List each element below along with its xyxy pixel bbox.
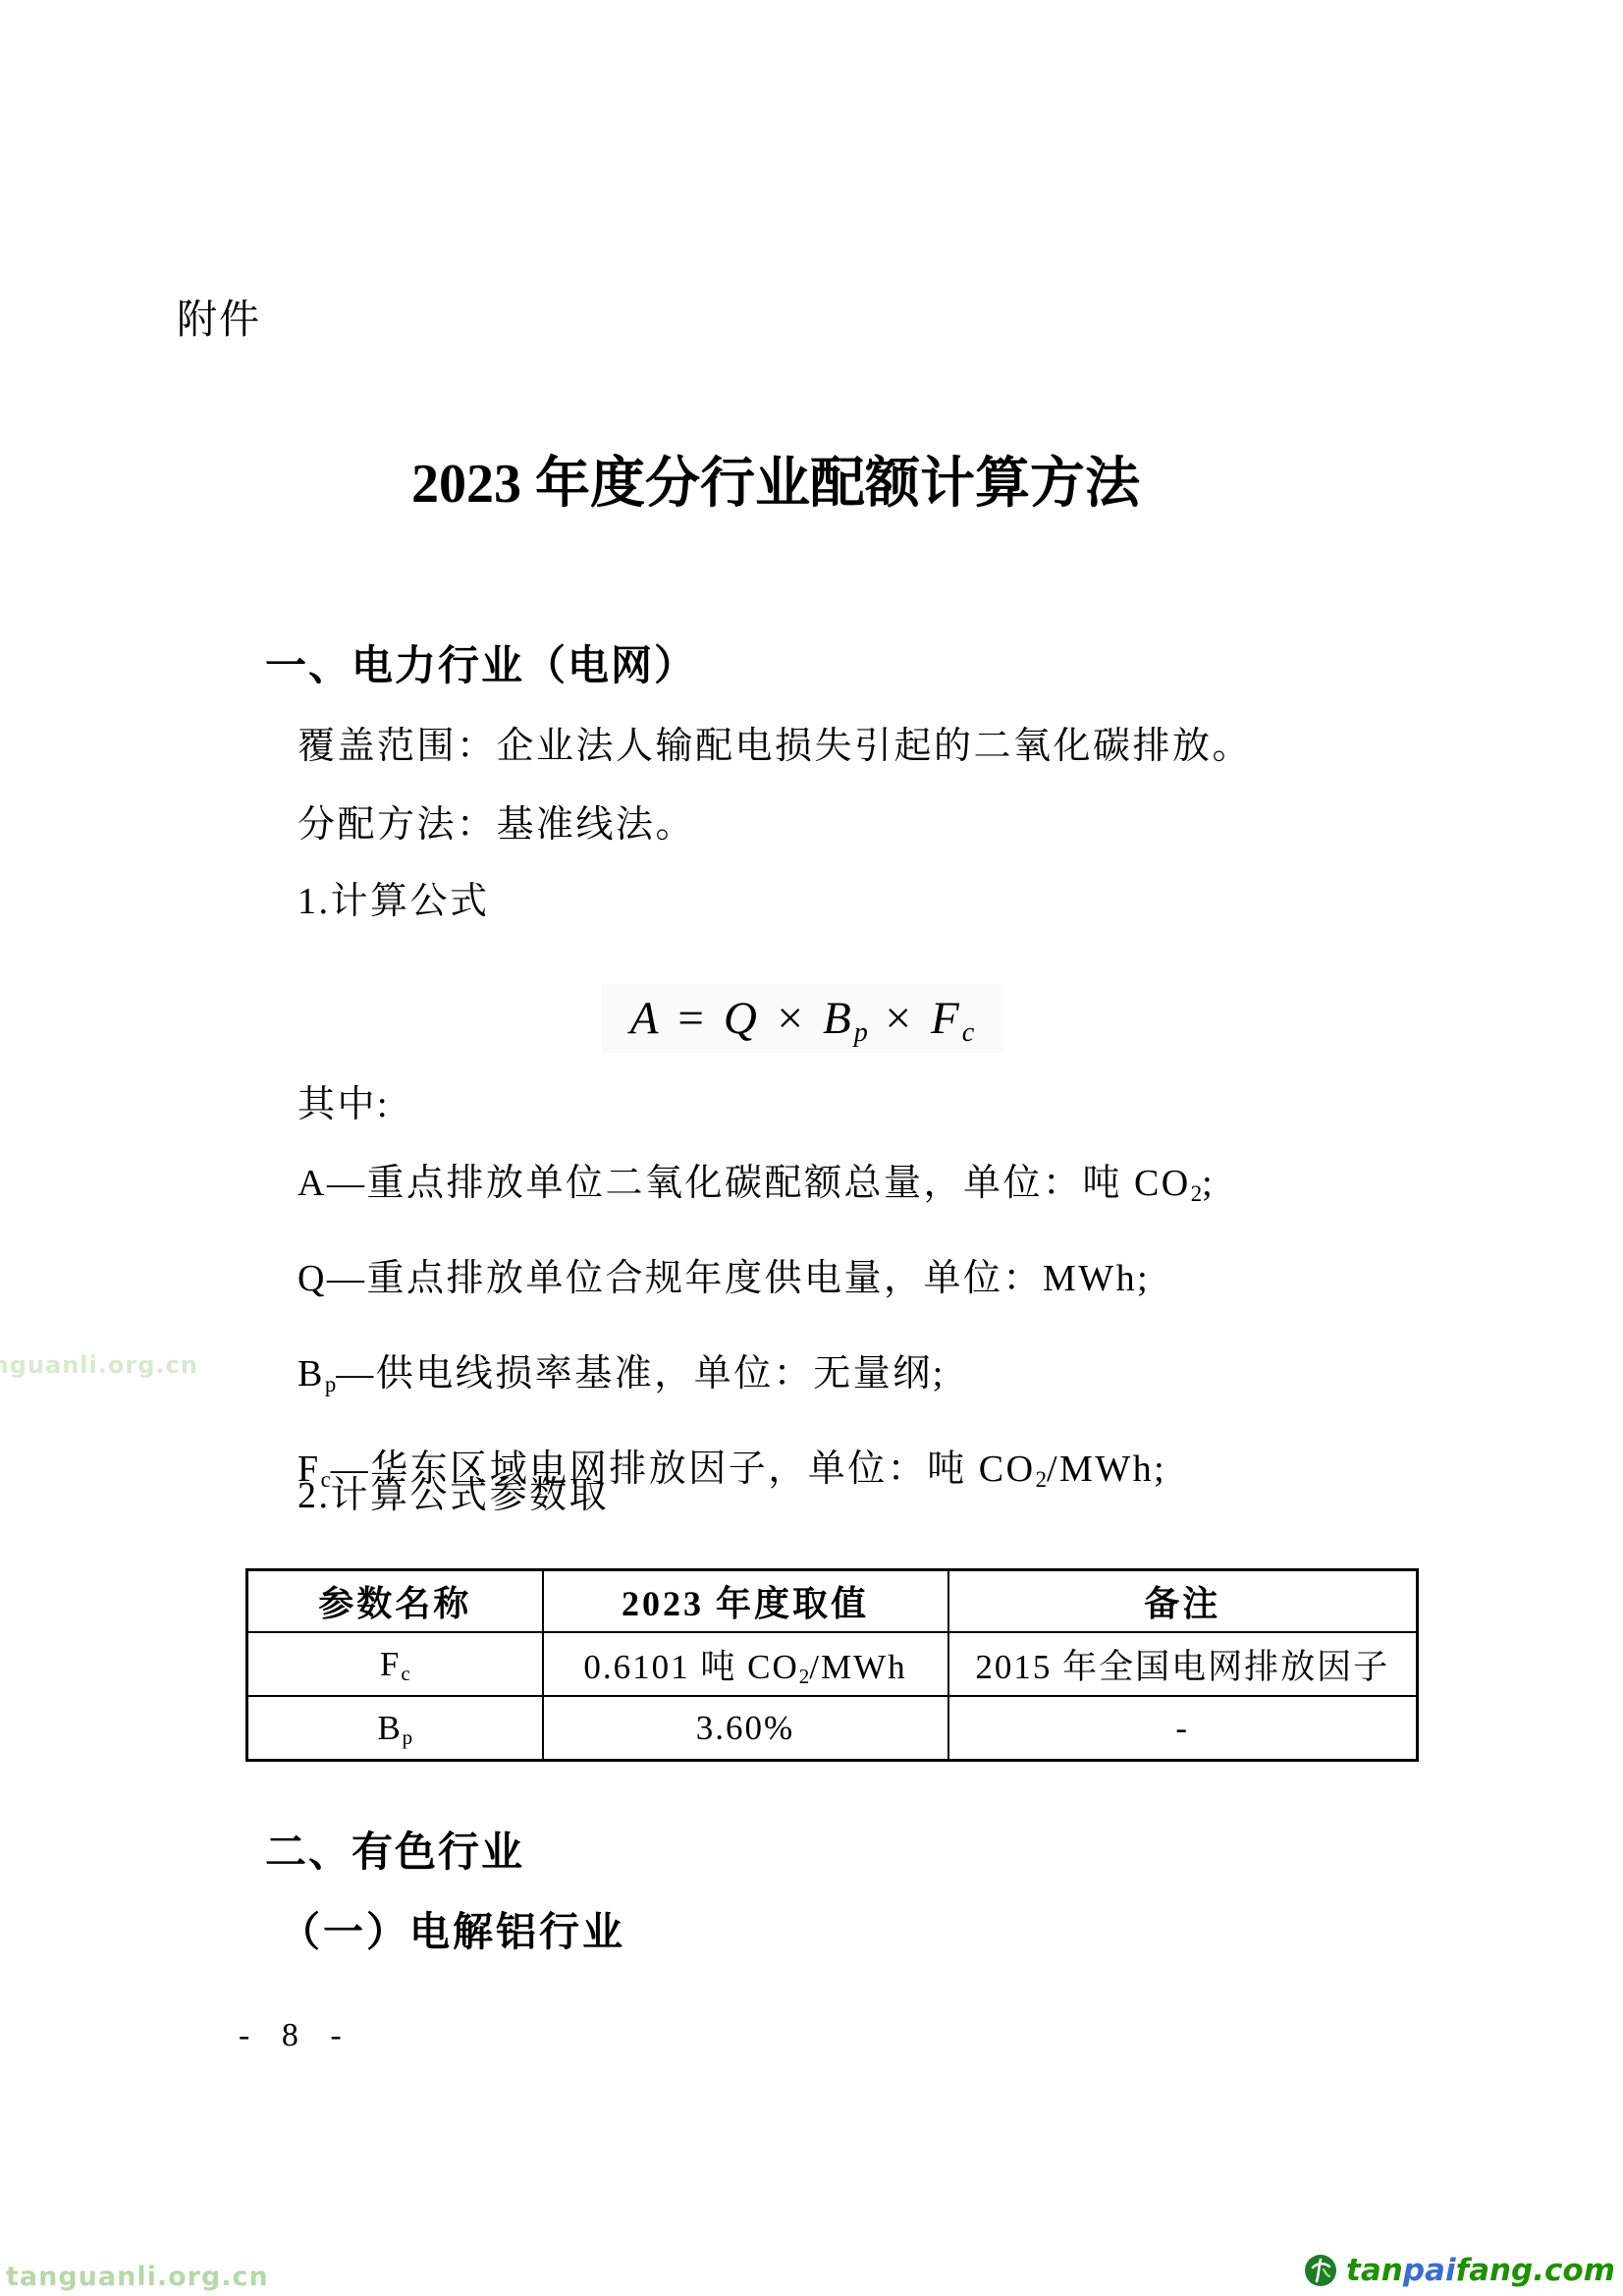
variable-definition-line: Q—重点排放单位合规年度供电量，单位：MWh; (298, 1247, 1215, 1301)
page-number: - 8 - (239, 2017, 353, 2054)
table-cell: 2015 年全国电网排放因子 (948, 1632, 1418, 1696)
document-page: 附件 2023 年度分行业配额计算方法 一、电力行业（电网） 覆盖范围：企业法人… (0, 0, 1623, 2296)
subsection-heading-aluminum: （一）电解铝行业 (280, 1899, 625, 1957)
bottom-left-watermark: tanguanli.org.cn (6, 2262, 269, 2292)
leaf-logo-icon (1304, 2254, 1337, 2287)
brand-part-pai: pai (1403, 2253, 1456, 2288)
allocation-formula: A = Q × Bp × Fc (601, 984, 1004, 1053)
coverage-paragraph: 覆盖范围：企业法人输配电损失引起的二氧化碳排放。 (298, 715, 1252, 769)
section-heading-nonferrous: 二、有色行业 (265, 1820, 524, 1879)
attachment-label: 附件 (177, 287, 261, 345)
params-table: 参数名称 2023 年度取值 备注 Fc0.6101 吨 CO2/MWh2015… (245, 1568, 1419, 1762)
brand-part-tan: tan (1346, 2253, 1403, 2288)
table-cell: Fc (247, 1632, 543, 1696)
formula-block: A = Q × Bp × Fc (295, 984, 1310, 1053)
brand-part-fang: fang.com (1456, 2253, 1615, 2288)
params-table-body: Fc0.6101 吨 CO2/MWh2015 年全国电网排放因子Bp3.60%- (247, 1632, 1418, 1761)
table-row: Fc0.6101 吨 CO2/MWh2015 年全国电网排放因子 (247, 1632, 1418, 1696)
where-label: 其中: (298, 1073, 390, 1127)
table-cell: 0.6101 吨 CO2/MWh (543, 1632, 948, 1696)
document-title: 2023 年度分行业配额计算方法 (314, 440, 1237, 519)
table-header-cell: 2023 年度取值 (543, 1570, 948, 1633)
table-header-row: 参数名称 2023 年度取值 备注 (247, 1570, 1418, 1633)
left-edge-watermark: tanguanli.org.cn (0, 1351, 198, 1379)
table-cell: 3.60% (543, 1696, 948, 1761)
brand-name-text: tanpaifang.com (1346, 2253, 1615, 2288)
variable-definition-line: A—重点排放单位二氧化碳配额总量，单位：吨 CO2; (298, 1152, 1215, 1206)
formula-step-label: 1.计算公式 (298, 870, 490, 924)
table-header-cell: 参数名称 (247, 1570, 543, 1633)
params-step-label: 2.计算公式参数取 (298, 1464, 609, 1518)
table-row: Bp3.60%- (247, 1696, 1418, 1761)
table-cell: - (948, 1696, 1418, 1761)
brand-watermark: tanpaifang.com (1304, 2253, 1615, 2288)
table-cell: Bp (247, 1696, 543, 1761)
table-header-cell: 备注 (948, 1570, 1418, 1633)
variable-definition-line: Bp—供电线损率基准，单位：无量纲; (298, 1342, 1215, 1396)
method-paragraph: 分配方法：基准线法。 (298, 793, 695, 847)
section-heading-power: 一、电力行业（电网） (265, 633, 697, 692)
